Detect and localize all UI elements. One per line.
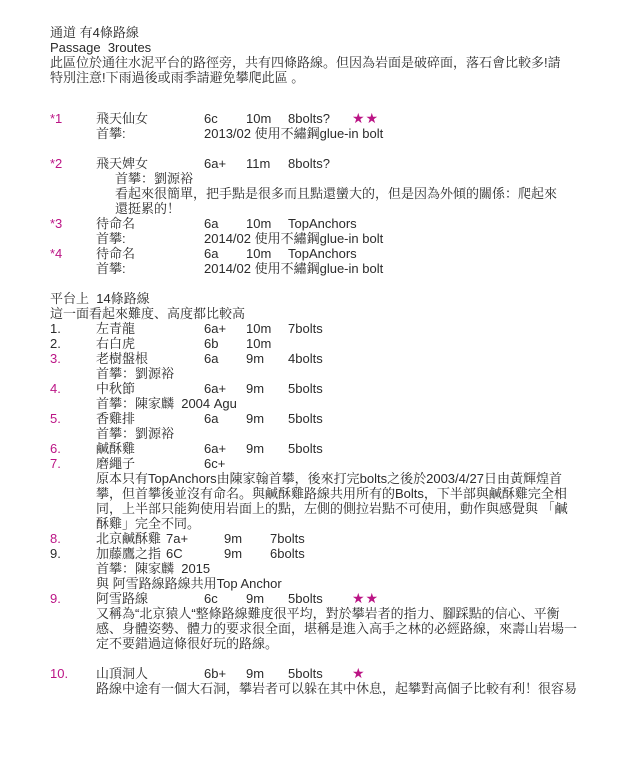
passage-intro-line-1: 此區位於通往水泥平台的路徑旁，共有四條路線。但因為岩面是破碎面，落石會比較多!請 (50, 55, 601, 70)
climbing-guide-page: 通道 有4條路線 Passage 3routes 此區位於通往水泥平台的路徑旁，… (0, 0, 623, 760)
route-bolts: TopAnchors (288, 246, 352, 261)
route-name: 待命名 (96, 246, 204, 261)
route-number: 2. (50, 336, 96, 351)
route-grade: 6b (204, 336, 246, 351)
route-grade: 6b+ (204, 666, 246, 681)
route-bolts: 8bolts? (288, 156, 352, 171)
route-length: 10m (246, 111, 288, 126)
route-number: 3. (50, 351, 96, 366)
passage-title-en: Passage 3routes (50, 40, 601, 55)
platform-title: 平台上 14條路線 (50, 291, 601, 306)
route-grade: 6c (204, 591, 246, 606)
route-number: 7. (50, 456, 96, 471)
route-name: 阿雪路線 (96, 591, 204, 606)
route-name: 鹹酥雞 (96, 441, 204, 456)
route-note-line: 看起來很簡單，把手點是很多而且點還蠻大的，但是因為外傾的關係：爬起來 (115, 186, 601, 201)
route-bolts: 7bolts (288, 321, 352, 336)
first-ascent-label: 首攀: (96, 126, 204, 141)
route-number: *1 (50, 111, 96, 126)
route-first-ascent: 首攀:2014/02 使用不繡鋼glue-in bolt (96, 231, 601, 246)
route-name: 中秋節 (96, 381, 204, 396)
route-number: *4 (50, 246, 96, 261)
route-bolts: 7bolts (270, 531, 334, 546)
route-row: 1.左青龍6a+10m7bolts (50, 321, 601, 336)
route-number: 5. (50, 411, 96, 426)
platform-route-list: 1.左青龍6a+10m7bolts2.右白虎6b10m3.老樹盤根6a9m4bo… (50, 321, 601, 696)
route-bolts: 5bolts (288, 381, 352, 396)
route-note-line: 又稱為“北京猿人“整條路線難度很平均，對於攀岩者的指力、腳踩點的信心、平衡 (96, 606, 601, 621)
route-grade: 6a+ (204, 321, 246, 336)
route-name: 飛天仙女 (96, 111, 204, 126)
route-length: 10m (246, 216, 288, 231)
route-row: *2飛天婢女6a+11m8bolts? (50, 156, 601, 171)
route-length: 10m (246, 336, 288, 351)
route-grade: 7a+ (166, 531, 224, 546)
route-grade: 6a (204, 411, 246, 426)
route-bolts: 6bolts (270, 546, 334, 561)
section-gap (50, 276, 601, 291)
route-row: 9.加藤鷹之指6C9m6bolts (50, 546, 601, 561)
blank-line (50, 651, 601, 666)
route-length: 10m (246, 246, 288, 261)
route-stars-icon: ★★ (352, 111, 379, 126)
route-row: *4待命名6a10mTopAnchors (50, 246, 601, 261)
route-grade: 6a+ (204, 381, 246, 396)
route-length: 9m (246, 441, 288, 456)
route-bolts: 8bolts? (288, 111, 352, 126)
route-row: 6.鹹酥雞6a+9m5bolts (50, 441, 601, 456)
route-length: 9m (246, 381, 288, 396)
route-row: 9.阿雪路線6c9m5bolts★★ (50, 591, 601, 606)
route-number: 8. (50, 531, 96, 546)
route-number: 4. (50, 381, 96, 396)
route-name: 待命名 (96, 216, 204, 231)
route-bolts: TopAnchors (288, 216, 352, 231)
passage-title: 通道 有4條路線 (50, 25, 601, 40)
route-grade: 6a+ (204, 156, 246, 171)
route-number: *3 (50, 216, 96, 231)
route-grade: 6C (166, 546, 224, 561)
route-note-line: 感、身體姿勢、體力的要求很全面，堪稱是進入高手之林的必經路線，來壽山岩場一 (96, 621, 601, 636)
route-name: 山頂洞人 (96, 666, 204, 681)
route-stars-icon: ★ (352, 666, 366, 681)
route-note-line: 首攀：陳家麟 2004 Agu (96, 396, 601, 411)
route-length: 9m (224, 531, 270, 546)
route-note-line: 與 阿雪路線路線共用Top Anchor (96, 576, 601, 591)
route-row: 2.右白虎6b10m (50, 336, 601, 351)
route-note-line: 同，上半部只能夠使用岩面上的點，左側的側拉岩點不可使用，動作與感覺與 「鹹 (96, 501, 601, 516)
route-note-line: 原本只有TopAnchors由陳家翰首攀，後來打完bolts之後於2003/4/… (96, 471, 601, 486)
route-name: 磨繩子 (96, 456, 204, 471)
route-note-line: 還挺累的！ (115, 201, 601, 216)
route-first-ascent: 首攀:2013/02 使用不繡鋼glue-in bolt (96, 126, 601, 141)
passage-intro-line-2: 特別注意!下雨過後或雨季請避免攀爬此區 。 (50, 70, 601, 85)
route-name: 飛天婢女 (96, 156, 204, 171)
first-ascent-label: 首攀: (96, 231, 204, 246)
route-grade: 6a+ (204, 441, 246, 456)
route-number: 6. (50, 441, 96, 456)
route-note-line: 定不要錯過這條很好玩的路線。 (96, 636, 601, 651)
route-grade: 6a (204, 351, 246, 366)
first-ascent-label: 首攀: (96, 261, 204, 276)
route-name: 香雞排 (96, 411, 204, 426)
route-length: 9m (246, 411, 288, 426)
route-row: *1飛天仙女6c10m8bolts?★★ (50, 111, 601, 126)
route-note-line: 首攀：劉源裕 (96, 366, 601, 381)
route-note-line: 首攀：陳家麟 2015 (96, 561, 601, 576)
route-row: *3待命名6a10mTopAnchors (50, 216, 601, 231)
route-grade: 6c (204, 111, 246, 126)
route-number: 9. (50, 546, 96, 561)
passage-route-list: *1飛天仙女6c10m8bolts?★★首攀:2013/02 使用不繡鋼glue… (50, 111, 601, 276)
route-grade: 6a (204, 216, 246, 231)
platform-subtitle: 這一面看起來難度、高度都比較高 (50, 306, 601, 321)
first-ascent-value: 2014/02 使用不繡鋼glue-in bolt (204, 261, 383, 276)
route-length: 9m (246, 351, 288, 366)
route-stars-icon: ★★ (352, 591, 379, 606)
route-bolts: 4bolts (288, 351, 352, 366)
route-bolts: 5bolts (288, 441, 352, 456)
route-note-line: 攀，但首攀後並沒有命名。與鹹酥雞路線共用所有的Bolts，下半部與鹹酥雞完全相 (96, 486, 601, 501)
route-row: 4.中秋節6a+9m5bolts (50, 381, 601, 396)
route-number: *2 (50, 156, 96, 171)
route-name: 老樹盤根 (96, 351, 204, 366)
route-row: 10.山頂洞人6b+9m5bolts★ (50, 666, 601, 681)
route-length: 9m (246, 591, 288, 606)
route-bolts: 5bolts (288, 411, 352, 426)
section-gap (50, 85, 601, 111)
route-length: 9m (246, 666, 288, 681)
route-row: 5.香雞排6a9m5bolts (50, 411, 601, 426)
route-note-line: 首攀：劉源裕 (115, 171, 601, 186)
route-note-line: 路線中途有一個大石洞，攀岩者可以躲在其中休息，起攀對高個子比較有利！很容易 (96, 681, 601, 696)
route-name: 北京鹹酥雞 (96, 531, 166, 546)
route-note-line: 酥雞」完全不同。 (96, 516, 601, 531)
first-ascent-value: 2013/02 使用不繡鋼glue-in bolt (204, 126, 383, 141)
route-number: 1. (50, 321, 96, 336)
route-name: 左青龍 (96, 321, 204, 336)
route-note-line: 首攀：劉源裕 (96, 426, 601, 441)
route-grade: 6a (204, 246, 246, 261)
route-length: 9m (224, 546, 270, 561)
route-bolts: 5bolts (288, 666, 352, 681)
route-row: 7.磨繩子6c+ (50, 456, 601, 471)
route-number: 9. (50, 591, 96, 606)
route-name: 右白虎 (96, 336, 204, 351)
blank-line (50, 141, 601, 156)
route-first-ascent: 首攀:2014/02 使用不繡鋼glue-in bolt (96, 261, 601, 276)
route-row: 8.北京鹹酥雞7a+9m7bolts (50, 531, 601, 546)
route-number: 10. (50, 666, 96, 681)
route-length: 10m (246, 321, 288, 336)
first-ascent-value: 2014/02 使用不繡鋼glue-in bolt (204, 231, 383, 246)
route-grade: 6c+ (204, 456, 246, 471)
route-row: 3.老樹盤根6a9m4bolts (50, 351, 601, 366)
route-name: 加藤鷹之指 (96, 546, 166, 561)
route-bolts: 5bolts (288, 591, 352, 606)
route-length: 11m (246, 156, 288, 171)
